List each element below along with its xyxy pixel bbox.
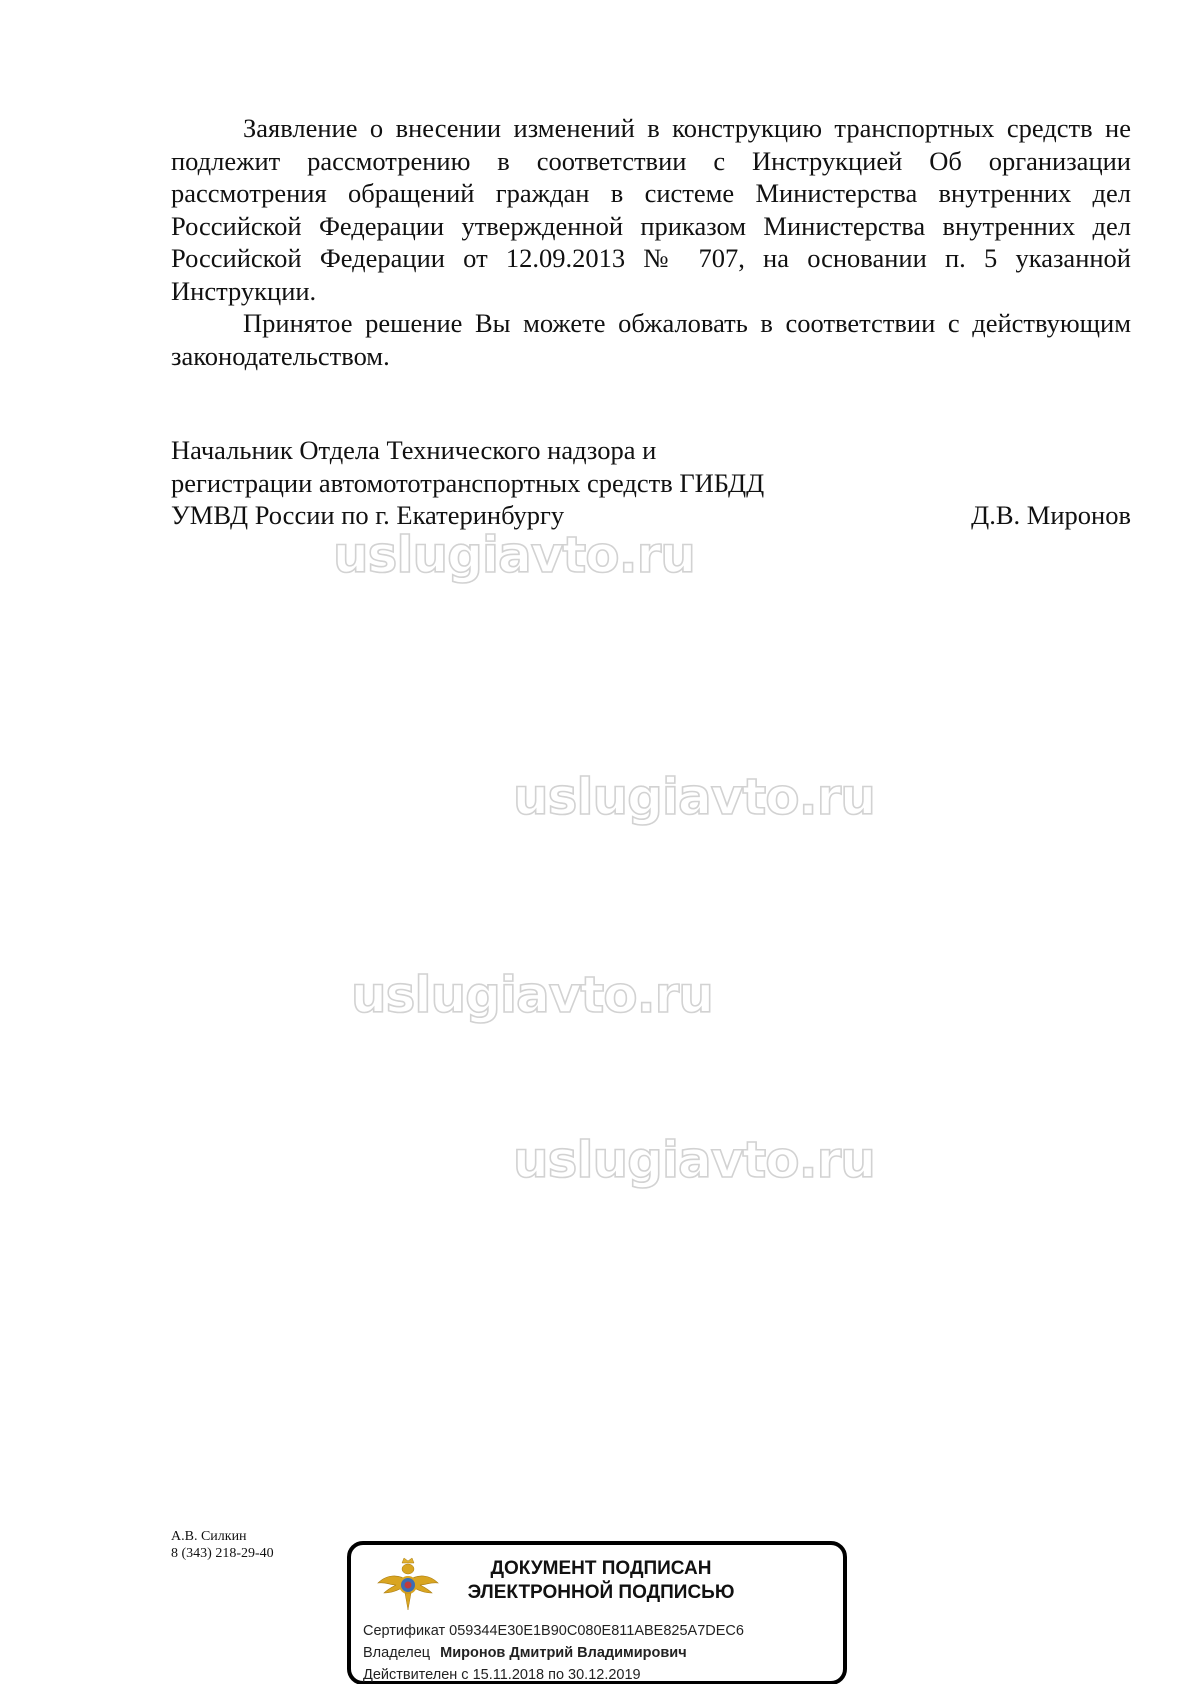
certificate-number: 059344E30E1B90C080E811ABE825A7DEC6: [449, 1623, 744, 1639]
letter-body: Заявление о внесении изменений в констру…: [171, 112, 1131, 372]
executor-info: А.В. Силкин 8 (343) 218-29-40: [171, 1528, 274, 1562]
signer-position-line-2: регистрации автомототранспортных средств…: [171, 467, 1131, 500]
watermark: uslugiavto.ru: [513, 1135, 875, 1185]
watermark: uslugiavto.ru: [333, 530, 695, 580]
document-page: Заявление о внесении изменений в констру…: [0, 0, 1191, 1684]
executor-phone: 8 (343) 218-29-40: [171, 1545, 274, 1562]
stamp-details: Сертификат 059344E30E1B90C080E811ABE825A…: [363, 1620, 744, 1684]
certificate-label: Сертификат: [363, 1623, 449, 1639]
owner-label: Владелец: [363, 1645, 434, 1661]
stamp-title-line-1: ДОКУМЕНТ ПОДПИСАН: [451, 1557, 751, 1581]
signer-name: Д.В. Миронов: [971, 499, 1131, 532]
watermark: uslugiavto.ru: [513, 772, 875, 822]
paragraph-rejection: Заявление о внесении изменений в констру…: [171, 112, 1131, 307]
signature-block: Начальник Отдела Технического надзора и …: [171, 434, 1131, 532]
paragraph-appeal: Принятое решение Вы можете обжаловать в …: [171, 307, 1131, 372]
signer-position-line-1: Начальник Отдела Технического надзора и: [171, 434, 1131, 467]
executor-name: А.В. Силкин: [171, 1528, 274, 1545]
watermark: uslugiavto.ru: [351, 970, 713, 1020]
owner-row: Владелец Миронов Дмитрий Владимирович: [363, 1642, 744, 1664]
certificate-row: Сертификат 059344E30E1B90C080E811ABE825A…: [363, 1620, 744, 1642]
mvd-eagle-emblem-icon: [376, 1555, 440, 1613]
validity-row: Действителен с 15.11.2018 по 30.12.2019: [363, 1664, 744, 1684]
e-signature-stamp: ДОКУМЕНТ ПОДПИСАН ЭЛЕКТРОННОЙ ПОДПИСЬЮ С…: [347, 1541, 847, 1684]
stamp-title: ДОКУМЕНТ ПОДПИСАН ЭЛЕКТРОННОЙ ПОДПИСЬЮ: [451, 1557, 751, 1605]
stamp-title-line-2: ЭЛЕКТРОННОЙ ПОДПИСЬЮ: [451, 1581, 751, 1605]
owner-name: Миронов Дмитрий Владимирович: [440, 1645, 687, 1661]
